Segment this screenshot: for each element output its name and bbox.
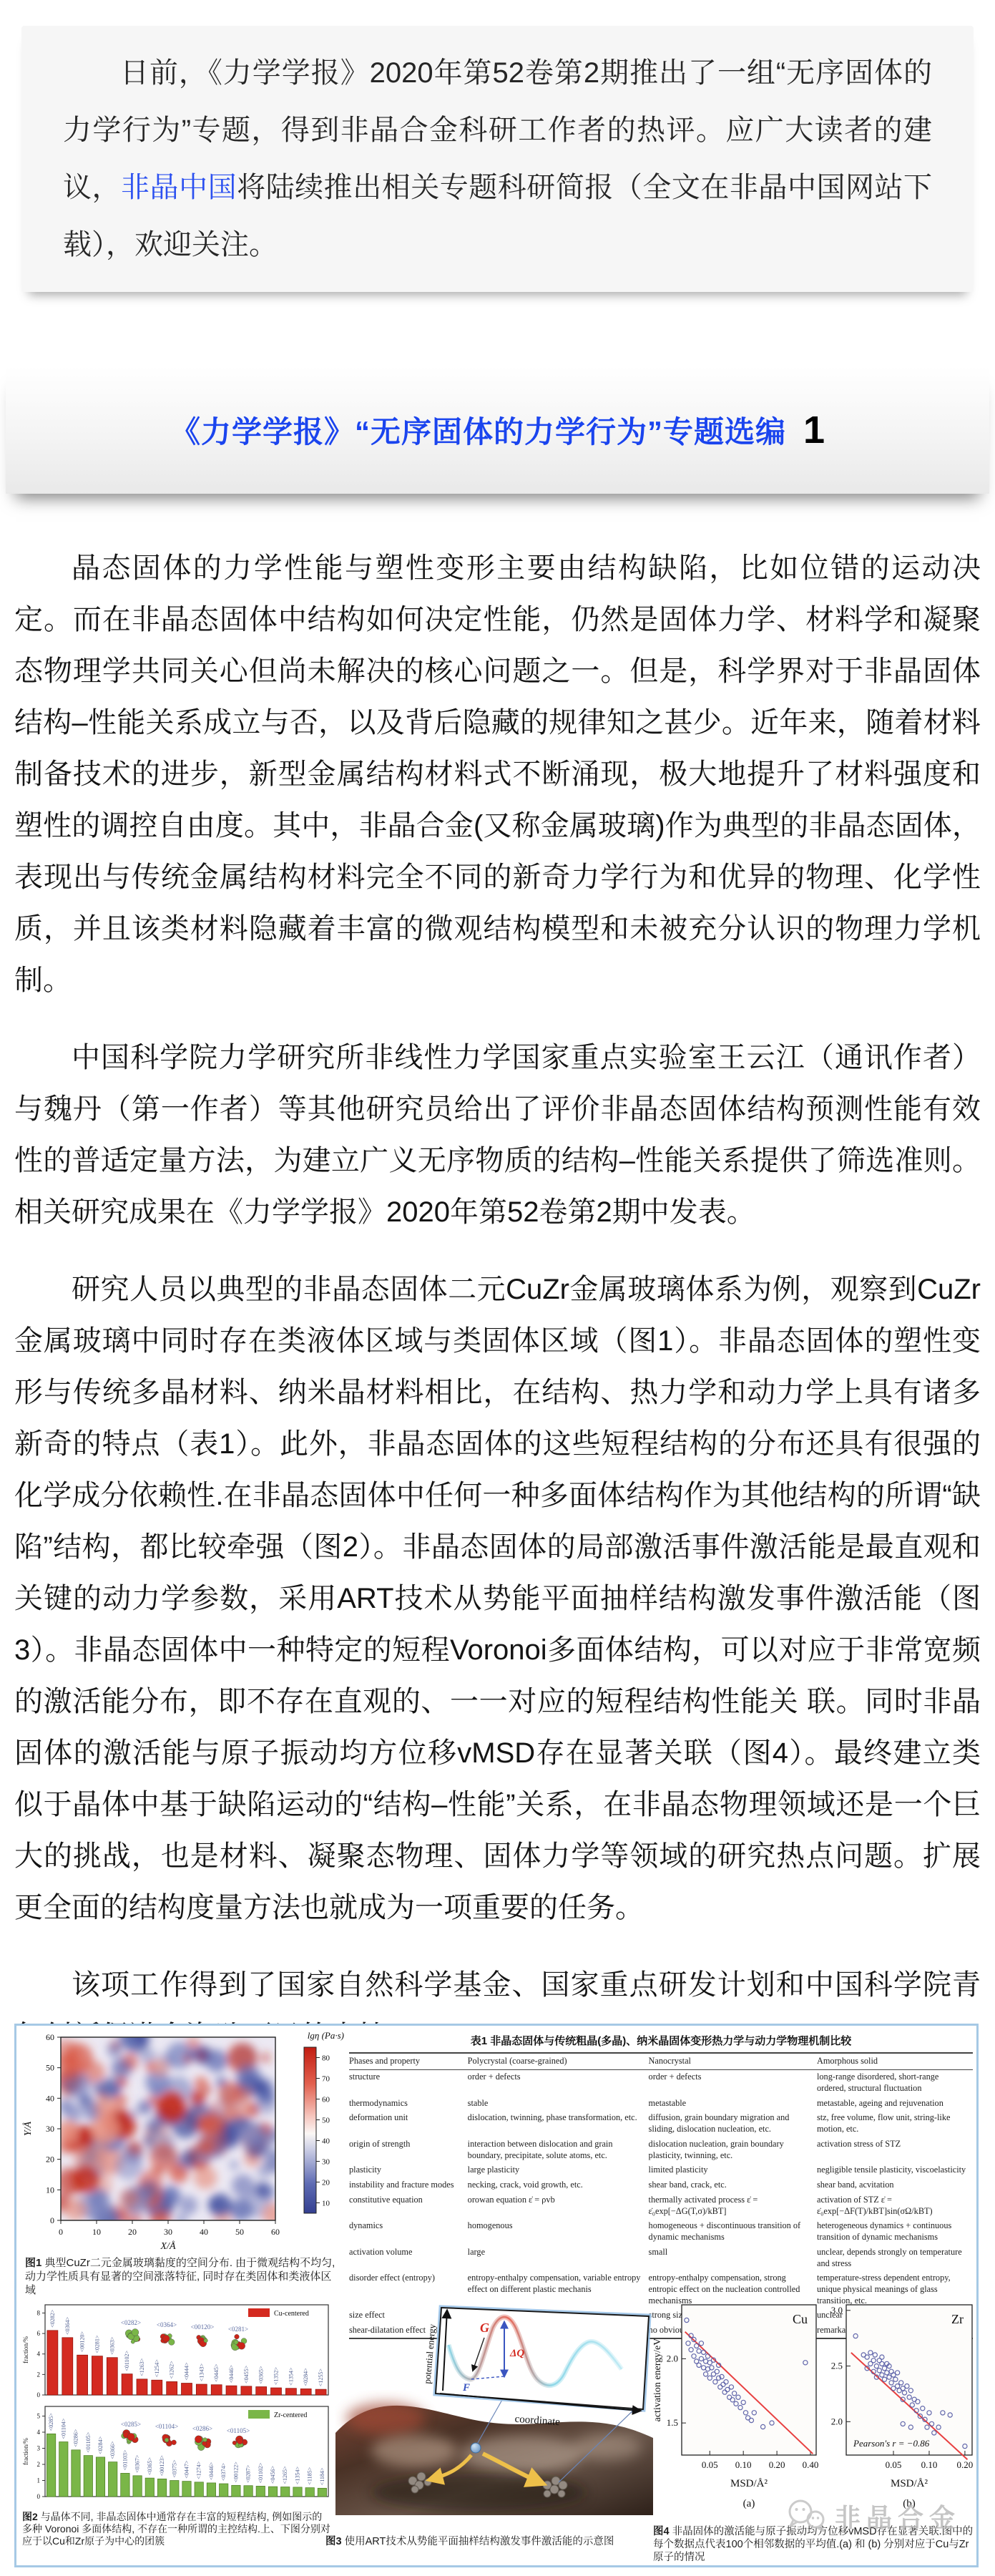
fig1-viscosity-heatmap: 01020304050600102030405060 8070605040302… [21,2029,344,2256]
amorphous-china-link[interactable]: 非晶中国 [121,172,237,203]
table1-row: constitutive equationorowan equation ε̇ … [349,2192,973,2218]
heatmap-blob [190,2090,205,2105]
heatmap-blob [170,2165,188,2183]
bar-label: <1343> [198,2363,205,2381]
table1-cell: deformation unit [349,2111,468,2137]
heatmap-blob [200,2112,225,2137]
x-tick-label: 0.20 [957,2459,974,2470]
heatmap-blob [253,2135,272,2154]
table1-cell: dislocation, twinning, phase transformat… [468,2111,649,2137]
table1-cell: instability and fracture modes [349,2178,468,2193]
inset-atom [165,2438,169,2442]
fig1-caption: 图1 典型CuZr二元金属玻璃黏度的空间分布. 由于微观结构不均匀, 动力学性质… [25,2256,335,2297]
bar-label: <0446> [208,2462,215,2480]
y-tick-label: 0 [37,2493,41,2500]
scatter-panel: 0.050.100.200.401.52.0CuMSD/Å²(a)activat… [652,2305,818,2509]
inset-label: <0285> [121,2421,141,2428]
fig3-caption-prefix: 图3 [325,2536,342,2547]
bar [232,2485,240,2497]
bar-label: <1184> [319,2467,325,2485]
panel-sub-label: (a) [743,2498,755,2509]
bar [46,2434,55,2497]
inset-atom [172,2440,177,2445]
inset-atom [235,2334,240,2339]
fig2-caption-text: 与晶体不同, 非晶态固体中通常存在丰富的短程结构, 例如图示的多种 Vorono… [22,2511,330,2547]
issue-number: 1 [803,408,825,452]
legend-swatch [248,2410,270,2419]
heatmap-blob [107,2042,123,2058]
heatmap-blob [138,2100,152,2114]
bar-label: <0375> [171,2459,177,2478]
table1-cell: unclear, depends strongly on temperature… [817,2245,973,2270]
x-tick-label: 0.40 [803,2459,819,2470]
bar-label: <1185> [307,2467,313,2484]
heatmap-blob [263,2203,285,2226]
y-tick-label: 1 [37,2477,41,2484]
heatmap-blob [180,2149,198,2167]
legend-label: Cu-centered [274,2310,309,2318]
bar-label: <0284> [303,2368,309,2386]
table1-row: instability and fracture modesnecking, c… [349,2178,973,2193]
heatmap-blob [210,2051,219,2060]
paragraph-1: 晶态固体的力学性能与塑性变形主要由结构缺陷，比如位错的运动决定。而在非晶态固体中… [14,542,981,1006]
y-tick-label: 1.5 [667,2417,678,2428]
heatmap-blob [254,2080,269,2095]
bar [92,2356,102,2395]
bar-label: <0374> [220,2462,227,2481]
bar-panel: 012345fraction/%<0285><01104><0286><0110… [22,2406,328,2500]
table1-row: deformation unitdislocation, twinning, p… [349,2111,973,2137]
bar [47,2331,58,2395]
x-tick-label: 60 [271,2227,280,2237]
colorbar-ticks: 8070605040302010 [316,2054,330,2208]
bar [196,2384,207,2395]
y-tick-label: 2.0 [831,2416,843,2426]
heatmap-blob [187,2049,197,2059]
y-tick-label: 3 [37,2445,41,2452]
paragraph-3: 研究人员以典型的非晶态固体二元CuZr金属玻璃体系为例，观察到CuZr金属玻璃中… [14,1264,981,1933]
table1-cell: origin of strength [349,2137,468,2162]
y-tick-label: 3.0 [831,2305,843,2316]
scatter-xlabel: MSD/Å² [730,2478,768,2489]
table1-cell: thermally activated process ε̇ = ε̇₀exp[… [649,2192,817,2218]
inset-atom [169,2339,175,2346]
heatmap-blob [157,2094,187,2124]
table1-row: thermodynamicsstablemetastablemetastable… [349,2096,973,2111]
bar-label: <01102> [258,2462,264,2483]
scatter-xlabel: MSD/Å² [891,2478,928,2489]
bar [152,2380,162,2395]
banner-card: 《力学学报》“无序固体的力学行为”专题选编 1 [6,366,989,494]
heatmap-blob [146,2119,162,2135]
fig3-energy-landscape: G ΔQ F potential energy coordinate [335,2301,653,2515]
table1-row: activation volumelargesmallunclear, depe… [349,2245,973,2270]
table1-cell: plasticity [349,2163,468,2178]
bar [281,2487,290,2497]
heatmap-ylabel: Y/Å [22,2121,34,2136]
table1: Phases and propertyPolycrystal (coarse-g… [349,2052,973,2339]
heatmap-blob [114,2152,143,2180]
bar [72,2450,80,2497]
inset-atom [195,2436,202,2443]
heatmap-blob [161,2186,181,2206]
bar-label: <0366> [109,2441,116,2459]
bar-label: <0365> [258,2366,265,2384]
bar-label: <01102> [124,2350,130,2371]
table1-cell: homogenous [468,2219,649,2245]
table1-header: Nanocrystal [649,2053,817,2069]
bar [211,2385,222,2395]
heatmap-blob [140,2180,159,2199]
table1-cell: structure [349,2069,468,2096]
inset-label: <01105> [227,2427,250,2434]
bar-label: <1265> [282,2466,288,2484]
y-tick-label: 50 [46,2063,54,2073]
inset-atom [232,2441,237,2445]
bar-label: <0281> [94,2335,100,2353]
heatmap-blob [112,2059,132,2079]
colorbar-tick-label: 60 [322,2096,330,2104]
x-tick-label: 20 [128,2227,137,2237]
fig4-caption-text: 非晶固体的激活能与原子振动均方位移vMSD存在显著关联.图中的每个数据点代表10… [653,2526,973,2563]
y-tick-label: 4 [37,2429,41,2436]
heatmap-blob [152,2087,162,2097]
x-tick-label: 0.05 [886,2459,902,2470]
bar [84,2456,92,2497]
bar-label: <0284> [97,2436,104,2454]
heatmap-blob [72,2165,100,2194]
bar-label: <1354> [294,2466,300,2484]
bar [107,2358,117,2395]
table1-cell: limited plasticity [649,2163,817,2178]
label-F: F [462,2382,470,2394]
bar-label: <01104> [60,2418,67,2439]
bar [226,2386,237,2395]
heatmap-blob [91,2114,120,2144]
table1-header: Phases and property [349,2053,468,2069]
inset-atom [162,2335,170,2342]
fig1-caption-prefix: 图1 [25,2257,41,2269]
inset-atom [203,2438,207,2442]
y-tick-label: 40 [46,2093,54,2103]
bar [145,2478,154,2497]
article-body: 晶态固体的力学性能与塑性变形主要由结构缺陷，比如位错的运动决定。而在非晶态固体中… [14,542,981,2088]
bar [315,2389,326,2395]
x-tick-label: 50 [235,2227,244,2237]
heatmap-blob [230,2160,238,2169]
bar [285,2389,296,2395]
heatmap-blob [198,2137,217,2156]
bar-label: <1352> [273,2366,280,2385]
bar [59,2442,68,2497]
heatmap-blob [179,2196,197,2215]
table1-cell: large plasticity [468,2163,649,2178]
y-tick-label: 2.5 [831,2361,843,2371]
colorbar-tick-label: 30 [322,2158,330,2167]
colorbar-tick-label: 40 [322,2137,330,2146]
inset-label: <00120> [191,2323,215,2331]
bar-label: <1354> [288,2367,294,2386]
bar [157,2479,166,2497]
inset-label: <0364> [157,2321,177,2328]
table1-cell: diffusion, grain boundary migration and … [649,2111,817,2137]
table1-cell: dynamics [349,2219,468,2245]
inset-atom [127,2433,134,2440]
table1-cell: large [468,2245,649,2270]
inset-label: <01104> [155,2423,178,2430]
table1-row: dynamicshomogenoushomogeneous + disconti… [349,2219,973,2245]
bar-label: <0445> [213,2363,220,2382]
y-tick-label: 10 [46,2185,54,2195]
scatter-panel: 0.050.100.202.02.53.0ZrPearson's r = −0.… [831,2305,974,2509]
bar-label: <0285> [48,2413,54,2431]
heatmap-xlabel: X/Å [160,2240,176,2252]
x-tick-label: 0.10 [921,2459,938,2470]
table1-cell: order + defects [468,2069,649,2096]
table1-cell: shear band, crack, etc. [649,2178,817,2193]
heatmap-blob [134,2030,150,2046]
colorbar-tick-label: 50 [322,2117,330,2125]
bar [271,2388,282,2395]
table1-header: Polycrystal (coarse-grained) [468,2053,649,2069]
table1-cell: stz, free volume, flow unit, string-like… [817,2111,973,2137]
colorbar-tick-label: 80 [322,2054,330,2063]
y-tick-label: 6 [37,2330,41,2337]
y-tick-label: 8 [37,2309,41,2316]
y-tick-label: 2.0 [667,2353,678,2363]
table1-header: Amorphous solid [817,2053,973,2069]
heatmap-blob [118,2078,127,2087]
table1-cell: activation volume [349,2245,468,2270]
label-G: G [480,2321,489,2335]
panel-sub-label: (b) [903,2498,916,2509]
heatmap-blob [209,2194,232,2217]
colorbar-title: lgη (Pa·s) [308,2030,344,2041]
bar-label: <0287> [245,2464,252,2483]
bar-label: <00120> [79,2331,86,2353]
heatmap-colorbar [304,2047,316,2213]
scatter-ylabel: activation energy/eV [652,2338,663,2422]
bar-label: <00122> [232,2462,239,2483]
bar-label: <0364> [64,2316,71,2335]
bar-label: <1274> [196,2461,202,2479]
x-tick-label: 0 [59,2227,63,2237]
heatmap-blob [232,2175,254,2197]
heatmap-blob [203,2086,212,2094]
heatmap-blob [254,2182,270,2197]
figure-block: 01020304050600102030405060 8070605040302… [14,2024,979,2567]
bar-label: <0286> [73,2429,79,2447]
table1-cell: homogeneous + discontinuous transition o… [649,2219,817,2245]
x-tick-label: 0.20 [769,2459,785,2470]
bar-label: <0282> [49,2309,56,2328]
panel-label: Zr [951,2312,964,2326]
heatmap-blob [64,2199,87,2221]
bar [167,2381,177,2395]
inset-atom [132,2329,139,2336]
heatmap-blob [88,2200,115,2227]
bar [182,2482,191,2497]
bar [170,2481,179,2497]
fig2-voronoi-bar-charts: 02468fraction/%<0282><0364><00120><0281>… [21,2301,333,2508]
table1-cell: interaction between dislocation and grai… [468,2137,649,2162]
heatmap-blob [144,2135,153,2145]
table1-title: 表1 非晶态固体与传统粗晶(多晶)、纳米晶固体变形热力学与动力学物理机制比较 [349,2033,973,2048]
table1-cell: activation stress of STZ [817,2137,973,2162]
pearson-annotation: Pearson's r = −0.86 [853,2438,930,2449]
inset-atom [234,2340,238,2344]
bar-ylabel: fraction/% [22,2438,29,2465]
bar-label: <01103> [122,2449,128,2470]
x-tick-label: 0.05 [702,2459,718,2470]
bar-label: <0444> [184,2362,190,2381]
table1-cell: order + defects [649,2069,817,2096]
fig4-scatter-plots: 0.050.100.200.401.52.0CuMSD/Å²(a)activat… [652,2301,976,2515]
heatmap-blob [217,2136,226,2145]
heatmap-blob [260,2052,271,2063]
bar [182,2384,192,2396]
bar [256,2387,267,2396]
fig2-caption: 图2 与晶体不同, 非晶态固体中通常存在丰富的短程结构, 例如图示的多种 Vor… [22,2511,331,2547]
heatmap-blob [176,2214,187,2225]
bar-label: <01105> [85,2431,92,2452]
x-tick-label: 30 [164,2227,172,2237]
heatmap-blob [211,2102,220,2111]
table1-row: structureorder + defectsorder + defectsl… [349,2069,973,2096]
bar [121,2473,129,2497]
table1-cell: small [649,2245,817,2270]
y-tick-label: 60 [46,2032,54,2042]
inset-atom [237,2439,243,2444]
intro-box: 日前，《力学学报》2020年第52卷第2期推出了一组“无序固体的力学行为”专题，… [21,26,974,292]
bar [220,2484,228,2497]
y-tick-label: 20 [46,2155,54,2165]
table1-cell: necking, crack, void growth, etc. [468,2178,649,2193]
fig1-caption-text: 典型CuZr二元金属玻璃黏度的空间分布. 由于微观结构不均匀, 动力学性质具有显… [25,2257,335,2296]
table1-cell: shear band, acvitation [817,2178,973,2193]
y-tick-label: 0 [37,2391,41,2399]
fig3-caption-text: 使用ART技术从势能平面抽样结构激发事件激活能的示意图 [342,2536,614,2547]
bar-label: <1255> [318,2368,324,2387]
heatmap-blob [96,2097,117,2118]
inset-atom [204,2338,208,2343]
blue-atom-sphere [471,2443,481,2453]
bar-label: <1263> [139,2358,145,2376]
article-page: { "intro_box": { "text_before": "日前，《力学学… [0,0,995,2576]
bar [318,2488,326,2497]
table1-cell: activation of STZ ε̇ = ε̇₀exp[−ΔF(T)/kBT… [817,2192,973,2218]
colorbar-tick-label: 20 [322,2179,330,2187]
bar-label: <1262> [169,2361,175,2379]
table1-cell: heterogeneous dynamics + continuous tran… [817,2219,973,2245]
bar-label: <0456> [270,2466,276,2484]
table1-cell: metastable [649,2096,817,2111]
bar [62,2338,73,2395]
table1-cell: dislocation nucleation, grain boundary p… [649,2137,817,2162]
y-tick-label: 30 [46,2124,54,2134]
inset-atom [131,2340,134,2343]
table1-row: origin of strengthinteraction between di… [349,2137,973,2162]
bar [195,2482,203,2497]
bar-label: <1254> [154,2359,160,2378]
inset-label: <0286> [192,2425,212,2432]
panel-label: Cu [793,2312,808,2326]
x-tick-label: 0.10 [735,2459,752,2470]
bar [77,2355,88,2395]
y-tick-label: 2 [37,2461,41,2468]
bar [109,2462,117,2497]
heatmap-blob [119,2189,139,2208]
table1-cell: metastable, ageing and rejuvenation [817,2096,973,2111]
heatmap-blob [100,2078,121,2099]
table1-row: plasticitylarge plasticitylimited plasti… [349,2163,973,2178]
y-tick-label: 5 [37,2413,41,2420]
bar-label: <0365> [147,2457,153,2476]
heatmap-blob [245,2204,255,2214]
bar-panel: 02468fraction/%<0282><0364><00120><0281>… [22,2305,328,2399]
bar-label: <0447> [184,2460,190,2479]
table1-container: 表1 非晶态固体与传统粗晶(多晶)、纳米晶固体变形热力学与动力学物理机制比较 P… [349,2033,973,2339]
bar-label: <0367> [134,2454,141,2473]
table1-cell: constitutive equation [349,2192,468,2218]
bar [256,2486,265,2497]
bar-label: <00123> [159,2455,165,2477]
y-tick-label: 0 [50,2215,54,2225]
colorbar-tick-label: 10 [322,2200,330,2208]
legend-label: Zr-centered [274,2411,307,2419]
heatmap-blob [57,2054,82,2079]
table1-cell: orowan equation ε̇ = ρvb [468,2192,649,2218]
y-tick-label: 4 [37,2351,41,2358]
fig4-caption-prefix: 图4 [653,2526,670,2537]
inset-label: <0281> [228,2326,248,2333]
table1-cell: negligible tensile plasticity, viscoelas… [817,2163,973,2178]
bar-label: <0363> [109,2336,115,2355]
y-tick-label: 2 [37,2371,41,2378]
heatmap-blob [153,2166,163,2176]
bar [207,2483,215,2497]
bar [241,2386,252,2395]
heatmap-blob [152,2059,169,2077]
paragraph-2: 中国科学院力学研究所非线性力学国家重点实验室王云江（通讯作者）与魏丹（第一作者）… [14,1032,981,1238]
colorbar-tick-label: 70 [322,2075,330,2084]
table1-cell: stable [468,2096,649,2111]
fig2-caption-prefix: 图2 [22,2511,38,2522]
bar [133,2476,142,2497]
bar [305,2488,314,2497]
bar-ylabel: fraction/% [22,2336,29,2363]
inset-atom [238,2343,245,2350]
x-tick-label: 10 [92,2227,101,2237]
banner-title: 《力学学报》“无序固体的力学行为”专题选编 [170,409,786,452]
energy-curve-inset: G ΔQ F potential energy coordinate [421,2308,649,2428]
table1-cell: long-range disordered, short-range order… [817,2069,973,2096]
bar [137,2379,147,2395]
bar [268,2487,277,2497]
table1-header-row: Phases and propertyPolycrystal (coarse-g… [349,2053,973,2069]
bar-label: <0455> [243,2365,250,2384]
x-tick-label: 40 [200,2227,208,2237]
bar [122,2374,132,2395]
table1-cell: thermodynamics [349,2096,468,2111]
bar-label: <0446> [228,2365,235,2384]
heatmap-blob [218,2082,241,2104]
bar [244,2486,253,2497]
heatmap-blob [197,2052,205,2060]
legend-swatch [248,2308,270,2317]
bar [96,2457,104,2497]
label-dQ: ΔQ [509,2348,524,2359]
